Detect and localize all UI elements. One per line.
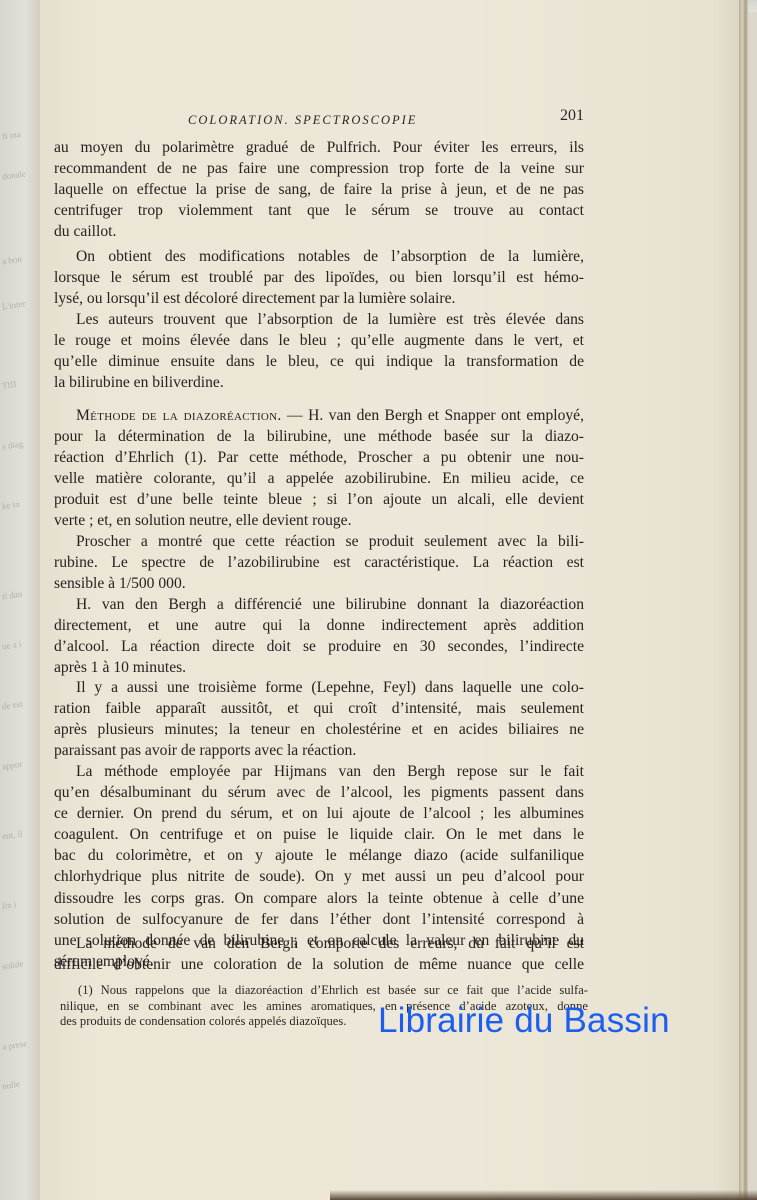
text-line: la bilirubine en biliverdine. <box>54 372 584 393</box>
bleed-through-text: donale <box>1 168 26 181</box>
bleed-through-text: ft ma <box>1 129 21 142</box>
paragraph-2: On obtient des modifications notables de… <box>54 246 584 309</box>
text-line: dissoudre les corps gras. On compare alo… <box>54 888 584 909</box>
text-line: centrifuger trop violemment tant que le … <box>54 200 584 221</box>
bleed-through-text: lin i <box>1 899 17 911</box>
bleed-through-text: a prese <box>1 1038 27 1051</box>
text-line: produit est d’une belle teinte bleue ; s… <box>54 489 584 510</box>
bleed-through-text: de est <box>1 699 23 712</box>
text-line: Méthode de la diazoréaction. — H. van de… <box>54 405 584 426</box>
text-line: le rouge et moins élevée dans le bleu ; … <box>54 330 584 351</box>
text-line: directement, et une autre qui la donne i… <box>54 615 584 636</box>
text-line: Il y a aussi une troisième forme (Lepehn… <box>54 677 584 698</box>
text-line: réaction d’Ehrlich (1). Par cette méthod… <box>54 447 584 468</box>
bleed-through-text: appor <box>1 759 23 772</box>
text-line: verte ; et, en solution neutre, elle dev… <box>54 510 584 531</box>
text-line: Proscher a montré que cette réaction se … <box>54 531 584 552</box>
text-line: recommandent de ne pas faire une compres… <box>54 158 584 179</box>
page-bottom-shadow <box>330 1190 757 1200</box>
footnote-marker: (1) <box>78 983 93 997</box>
bleed-through-text: nolle <box>1 1079 20 1091</box>
paragraph-6: H. van den Bergh a différencié une bilir… <box>54 594 584 678</box>
text-line: bac du colorimètre, et on y ajoute le mé… <box>54 845 584 866</box>
bleed-through-text: a bon <box>1 254 22 267</box>
paragraph-9: La méthode de van den Bergh comporte des… <box>54 933 584 975</box>
text-line: ration faible apparaît aussitôt, et qui … <box>54 698 584 719</box>
page-number: 201 <box>560 107 584 125</box>
text-line: difficile d’obtenir une coloration de la… <box>54 954 584 975</box>
bleed-through-text: ue a i <box>1 639 22 652</box>
bleed-through-text: ent, il <box>1 829 23 842</box>
watermark-logo-text: Librairie du Bassin <box>378 1003 670 1038</box>
text-line: sensible à 1/500 000. <box>54 573 584 594</box>
text-line: au moyen du polarimètre gradué de Pulfri… <box>54 137 584 158</box>
text-line: lorsque le sérum est troublé par des lip… <box>54 267 584 288</box>
text-line: ce dernier. On prend du sérum, et on lui… <box>54 803 584 824</box>
text-line: qu’en désalbuminant du sérum avec de l’a… <box>54 782 584 803</box>
text-line: après 1 à 10 minutes. <box>54 657 584 678</box>
text-line: après plusieurs minutes; la teneur en ch… <box>54 719 584 740</box>
text-line: qu’elle diminue ensuite dans le bleu, ce… <box>54 351 584 372</box>
bleed-through-text: ti dan <box>1 589 22 602</box>
text-line: chlorhydrique plus nitrite de soude). On… <box>54 866 584 887</box>
paragraph-7: Il y a aussi une troisième forme (Lepehn… <box>54 677 584 761</box>
bleed-through-text: ke to <box>1 499 20 511</box>
paragraph-4: Méthode de la diazoréaction. — H. van de… <box>54 405 584 532</box>
text-line: laquelle on effectue la prise de sang, d… <box>54 179 584 200</box>
text-line: paraissant pas avoir de rapports avec la… <box>54 740 584 761</box>
page-stack-edge <box>739 0 748 1200</box>
text-line: velle matière colorante, qu’il a appelée… <box>54 468 584 489</box>
text-line: La méthode de van den Bergh comporte des… <box>54 933 584 954</box>
text-fragment: — H. van den Bergh et Snapper ont employ… <box>282 407 584 424</box>
text-line: lysé, ou lorsqu’il est décoloré directem… <box>54 288 584 309</box>
text-line: solution de sulfocyanure de fer dans l’é… <box>54 909 584 930</box>
text-line: La méthode employée par Hijmans van den … <box>54 761 584 782</box>
text-line: rubine. Le spectre de l’azobilirubine es… <box>54 552 584 573</box>
bleed-through-text: s diag <box>1 439 23 452</box>
footnote-line: (1) Nous rappelons que la diazoréaction … <box>60 983 588 999</box>
text-line: Les auteurs trouvent que l’absorption de… <box>54 309 584 330</box>
text-line: d’alcool. La réaction directe doit se pr… <box>54 636 584 657</box>
section-heading: Méthode de la diazoréaction. <box>76 407 282 424</box>
text-fragment: Nous rappelons que la diazoréaction d’Eh… <box>101 983 588 997</box>
bleed-through-text: TIII <box>1 379 17 391</box>
bleed-through-text: solide <box>1 959 24 972</box>
text-line: coagulent. On centrifuge et on puise le … <box>54 824 584 845</box>
paragraph-5: Proscher a montré que cette réaction se … <box>54 531 584 594</box>
paragraph-3: Les auteurs trouvent que l’absorption de… <box>54 309 584 393</box>
text-line: On obtient des modifications notables de… <box>54 246 584 267</box>
text-line: du caillot. <box>54 221 584 242</box>
paragraph-1: au moyen du polarimètre gradué de Pulfri… <box>54 137 584 242</box>
text-line: pour la détermination de la bilirubine, … <box>54 426 584 447</box>
facing-page-edge: ft ma donale a bon L'inter TIII s diag k… <box>0 0 42 1200</box>
text-line: H. van den Bergh a différencié une bilir… <box>54 594 584 615</box>
running-title: COLORATION. SPECTROSCOPIE <box>188 113 417 128</box>
bleed-through-text: L'inter <box>1 298 26 311</box>
